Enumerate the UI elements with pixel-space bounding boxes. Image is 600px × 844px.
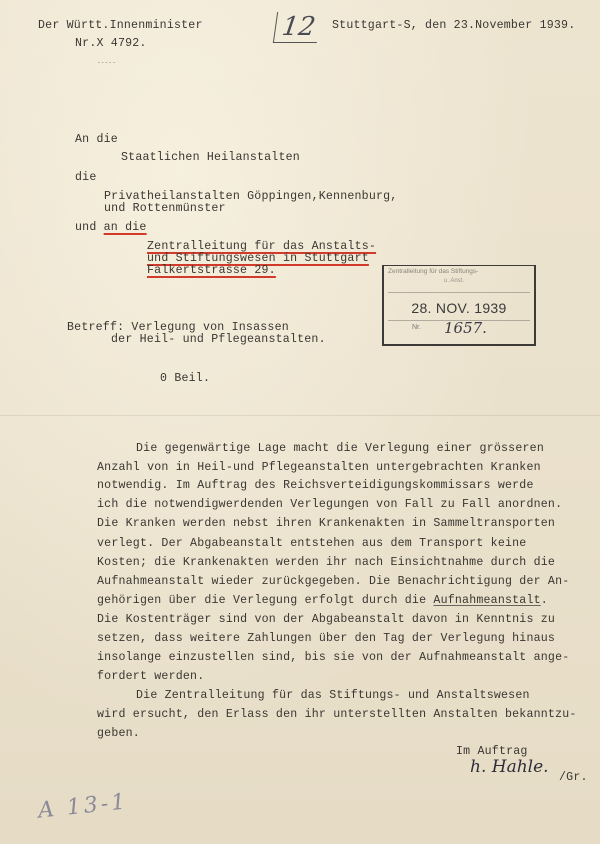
body-line: Kosten; die Krankenakten werden ihr nach…	[97, 556, 555, 569]
body-line: Die gegenwärtige Lage macht die Verlegun…	[136, 442, 544, 455]
central-office-address: Falkertstrasse 29.	[147, 264, 276, 277]
reference-number: Nr.X 4792.	[75, 37, 147, 50]
stamp-subheader: u. Anst.	[444, 278, 464, 284]
signature: h. Hahle.	[470, 757, 549, 777]
body-line: Anzahl von in Heil-und Pflegeanstalten u…	[97, 461, 541, 474]
recipient-state-institutions: Staatlichen Heilanstalten	[121, 151, 300, 164]
body-line: verlegt. Der Abgabeanstalt entstehen aus…	[97, 537, 526, 550]
letter-page: Der Württ.Innenminister Nr.X 4792. -----…	[0, 0, 600, 844]
stamp-handwritten-number: 1657.	[444, 319, 487, 337]
handwritten-page-mark: 12	[273, 12, 321, 43]
body-line: Die Zentralleitung für das Stiftungs- un…	[136, 689, 530, 702]
body-line: notwendig. Im Auftrag des Reichsverteidi…	[97, 479, 534, 492]
recipient-intro: An die	[75, 133, 118, 146]
underlined-aufnahmeanstalt: Aufnahmeanstalt	[433, 594, 540, 607]
receipt-stamp: Zentralleitung für das Stiftungs- u. Ans…	[382, 265, 536, 346]
recipient-conjunction: die	[75, 171, 96, 184]
body-line: Die Kranken werden nebst ihren Krankenak…	[97, 517, 555, 530]
body-line: ich die notwendigwerdenden Verlegungen v…	[97, 498, 562, 511]
short-rule: -----	[97, 56, 116, 69]
sender: Der Württ.Innenminister	[38, 19, 203, 32]
body-line: Die Kostenträger sind von der Abgabeanst…	[97, 613, 555, 626]
body-line: insolange einzustellen sind, bis sie von…	[97, 651, 569, 664]
stamp-nr-label: Nr.	[412, 324, 421, 331]
enclosures: 0 Beil.	[160, 372, 210, 385]
body-line: geben.	[97, 727, 140, 740]
red-marked-an-die: an die	[104, 221, 147, 234]
body-line: fordert werden.	[97, 670, 204, 683]
stamp-divider	[388, 292, 530, 293]
pencil-archive-mark: A 13-1	[37, 789, 129, 823]
body-line: gehörigen über die Verlegung erfolgt dur…	[97, 594, 548, 607]
place-date: Stuttgart-S, den 23.November 1939.	[332, 19, 575, 32]
conj-plain: und	[75, 221, 104, 234]
body-line: wird ersucht, den Erlass den ihr unterst…	[97, 708, 577, 721]
paper-fold	[0, 415, 600, 416]
body-line: Aufnahmeanstalt wieder zurückgegeben. Di…	[97, 575, 569, 588]
typist-initials: /Gr.	[559, 771, 588, 784]
body-line: setzen, dass weitere Zahlungen über den …	[97, 632, 555, 645]
stamp-date: 28. NOV. 1939	[384, 300, 534, 316]
subject-line-2: der Heil- und Pflegeanstalten.	[111, 333, 326, 346]
recipient-conjunction-2: und an die	[75, 221, 147, 234]
body-text: gehörigen über die Verlegung erfolgt dur…	[97, 594, 433, 607]
recipient-private-institutions-cont: und Rottenmünster	[104, 202, 226, 215]
stamp-header: Zentralleitung für das Stiftungs-	[388, 268, 478, 275]
body-text: .	[541, 594, 548, 607]
